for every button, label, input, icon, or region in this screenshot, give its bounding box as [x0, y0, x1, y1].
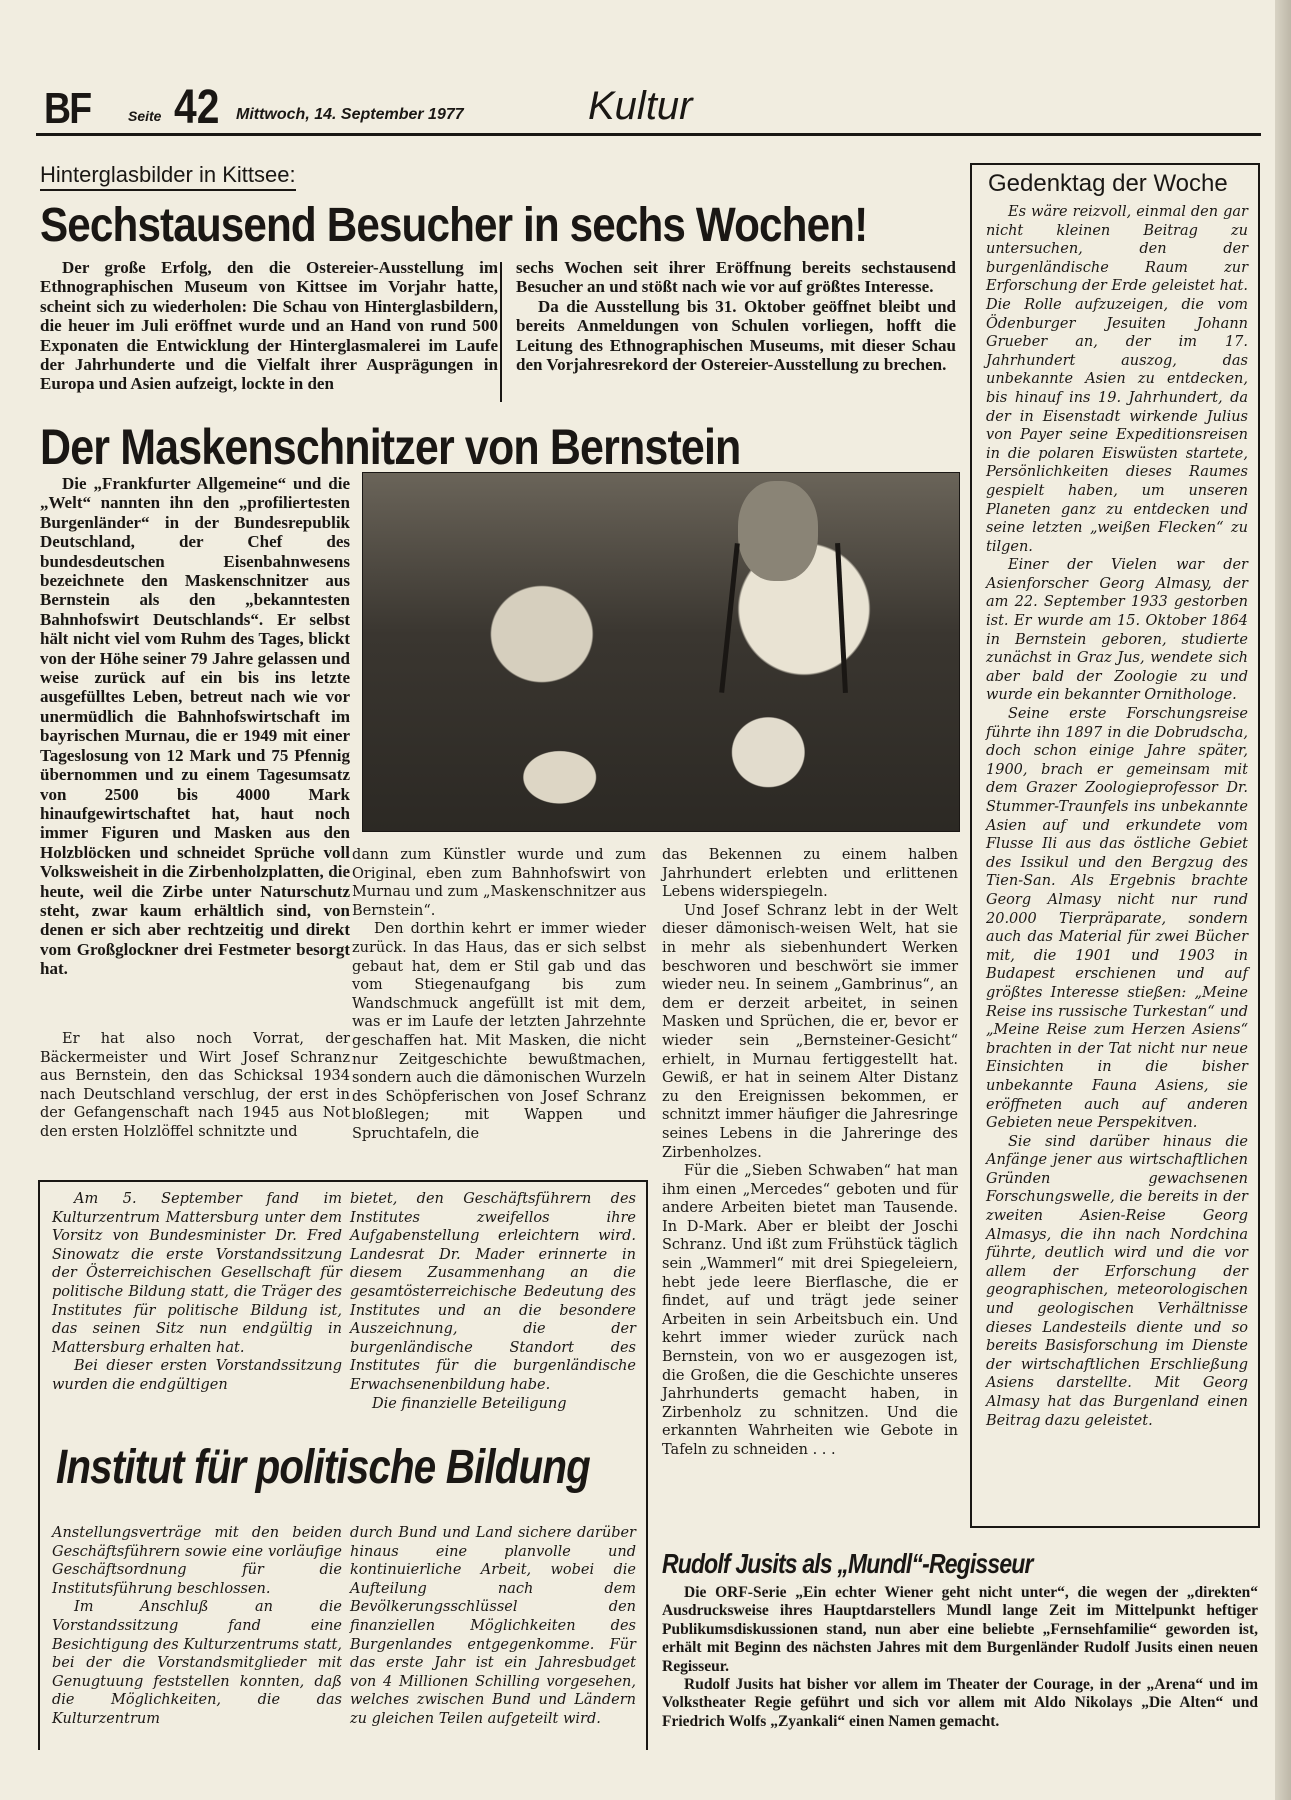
photo-figure-head [738, 481, 818, 581]
section-title: Kultur [588, 84, 693, 129]
issue-date: Mittwoch, 14. September 1977 [236, 106, 464, 124]
paragraph: bietet, den Geschäftsführern des Institu… [350, 1190, 636, 1395]
paragraph: das Bekennen zu einem halben Jahrhundert… [662, 846, 958, 902]
column-rule [500, 262, 502, 402]
maskenschnitzer-col-1b: Er hat also noch Vorrat, der Bäckermeist… [40, 1030, 350, 1142]
paragraph: durch Bund und Land sichere darüber hina… [350, 1524, 636, 1729]
paragraph: Die finanzielle Beteiligung [350, 1395, 636, 1414]
paragraph: Einer der Vielen war der Asienforscher G… [986, 556, 1248, 705]
institut-top-col-1: Am 5. September fand im Kulturzentrum Ma… [52, 1190, 342, 1395]
paragraph: Bei dieser ersten Vorstandssitzung wurde… [52, 1357, 342, 1394]
paragraph: Im Anschluß an die Vorstandssitzung fand… [52, 1598, 342, 1728]
paragraph: Der große Erfolg, den die Ostereier-Auss… [40, 258, 498, 394]
photo-suspender [719, 543, 740, 693]
maskenschnitzer-col-1: Die „Frankfurter Allgemeine“ und die „We… [40, 474, 350, 979]
paragraph: Die „Frankfurter Allgemeine“ und die „We… [40, 474, 350, 979]
institut-top-col-2: bietet, den Geschäftsführern des Institu… [350, 1190, 636, 1413]
paragraph: Er hat also noch Vorrat, der Bäckermeist… [40, 1030, 350, 1142]
article-photo [362, 472, 960, 832]
page-number: 42 [174, 80, 219, 135]
institut-bottom-col-1: Anstellungsverträge mit den beiden Gesch… [52, 1524, 342, 1729]
maskenschnitzer-col-2: dann zum Künstler wurde und zum Original… [352, 846, 646, 1144]
kittsee-col-1: Der große Erfolg, den die Ostereier-Auss… [40, 258, 498, 394]
kittsee-kicker: Hinterglasbilder in Kittsee: [40, 162, 296, 191]
paragraph: Rudolf Jusits hat bisher vor allem im Th… [662, 1676, 1258, 1731]
jusits-body: Die ORF-Serie „Ein echter Wiener geht ni… [662, 1584, 1258, 1731]
photo-suspender [835, 543, 848, 693]
institut-bottom-col-2: durch Bund und Land sichere darüber hina… [350, 1524, 636, 1729]
paragraph: dann zum Künstler wurde und zum Original… [352, 846, 646, 920]
paper-logo: BF [44, 84, 90, 134]
kittsee-headline: Sechstausend Besucher in sechs Wochen! [40, 198, 867, 253]
masthead: BF Seite 42 Mittwoch, 14. September 1977… [36, 84, 1261, 136]
page-label: Seite [128, 108, 161, 124]
gedenktag-body: Es wäre reizvoll, einmal den gar nicht k… [986, 203, 1248, 1430]
paragraph: Es wäre reizvoll, einmal den gar nicht k… [986, 203, 1248, 556]
kittsee-col-2: sechs Wochen seit ihrer Eröffnung bereit… [516, 258, 956, 374]
box-right-rule [646, 1180, 648, 1750]
page-edge [1275, 0, 1291, 1800]
paragraph: Da die Ausstellung bis 31. Oktober geöff… [516, 297, 956, 375]
paragraph: Und Josef Schranz lebt in der Welt diese… [662, 902, 958, 1162]
paragraph: Sie sind darüber hinaus die Anfänge jene… [986, 1133, 1248, 1431]
paragraph: Am 5. September fand im Kulturzentrum Ma… [52, 1190, 342, 1357]
institut-headline: Institut für politische Bildung [56, 1440, 590, 1495]
gedenktag-title: Gedenktag der Woche [988, 170, 1228, 198]
paragraph: Den dorthin kehrt er immer wieder zurück… [352, 920, 646, 1143]
jusits-headline: Rudolf Jusits als „Mundl“-Regisseur [662, 1548, 1033, 1580]
paragraph: Für die „Sieben Schwaben“ hat man ihm ei… [662, 1162, 958, 1460]
paragraph: sechs Wochen seit ihrer Eröffnung bereit… [516, 258, 956, 297]
maskenschnitzer-col-3: das Bekennen zu einem halben Jahrhundert… [662, 846, 958, 1460]
paragraph: Die ORF-Serie „Ein echter Wiener geht ni… [662, 1584, 1258, 1676]
paragraph: Seine erste Forschungsreise führte ihn 1… [986, 705, 1248, 1133]
paragraph: Anstellungsverträge mit den beiden Gesch… [52, 1524, 342, 1598]
maskenschnitzer-headline: Der Maskenschnitzer von Bernstein [40, 418, 740, 476]
